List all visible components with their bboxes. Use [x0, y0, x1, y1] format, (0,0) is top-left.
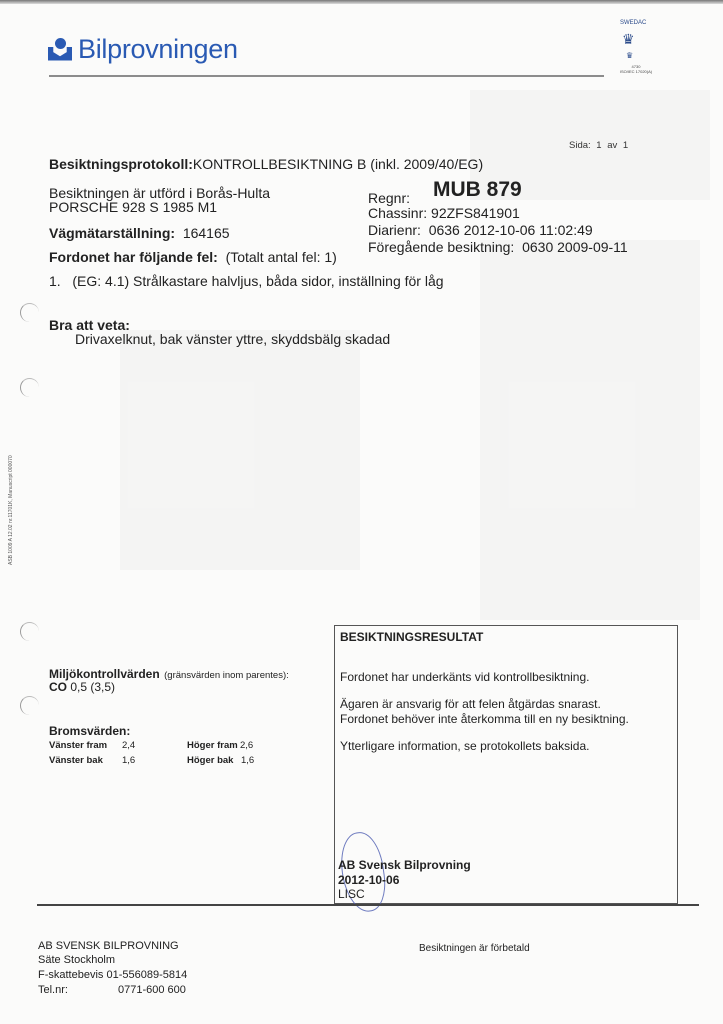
logo-text: Bilprovningen — [78, 34, 238, 65]
protocol-title: Besiktningsprotokoll:KONTROLLBESIKTNING … — [49, 156, 483, 172]
punch-hole — [20, 696, 39, 715]
odometer: Vägmätarställning: 164165 — [49, 226, 230, 241]
bleed-through — [120, 330, 360, 570]
bleed-through — [480, 240, 700, 620]
punch-hole — [20, 622, 39, 641]
punch-hole — [20, 303, 39, 322]
co-value: CO 0,5 (3,5) — [49, 680, 115, 694]
bilprovningen-logo-icon — [48, 38, 72, 62]
footer-company: AB SVENSK BILPROVNING — [38, 940, 179, 952]
footer-seat: Säte Stockholm — [38, 954, 115, 966]
regnr-label: Regnr: — [368, 190, 410, 206]
result-line: Fordonet har underkänts vid kontrollbesi… — [340, 670, 589, 684]
prepaid-note: Besiktningen är förbetald — [419, 943, 530, 954]
fault-item: 1. (EG: 4.1) Strålkastare halvljus, båda… — [49, 274, 444, 289]
swedac-accreditation-seal: SWEDAC ♛♛ 4730 ISO/IEC 17020(A) — [606, 18, 666, 80]
regnr-value: MUB 879 — [433, 178, 522, 202]
diary-number: Diarienr: 0636 2012-10-06 11:02:49 — [368, 223, 593, 238]
punch-hole — [20, 378, 39, 397]
footer-phone: Tel.nr:0771-600 600 — [38, 984, 186, 996]
scan-edge — [0, 0, 723, 4]
accreditation-number: 4730 ISO/IEC 17020(A) — [606, 64, 666, 74]
protocol-label: Besiktningsprotokoll: — [49, 156, 193, 172]
result-line: Fordonet behöver inte återkomma till en … — [340, 712, 629, 726]
footer-tax: F-skattebevis 01-556089-5814 — [38, 969, 187, 981]
footer-divider — [37, 904, 699, 906]
brakes-header: Bromsvärden: — [49, 724, 130, 738]
result-title: BESIKTNINGSRESULTAT — [340, 630, 483, 644]
bilprovningen-logo: Bilprovningen — [48, 34, 238, 65]
chassis-number: Chassinr: 92ZFS841901 — [368, 206, 520, 221]
three-crowns-icon: ♛♛ — [622, 32, 635, 63]
vehicle-model: PORSCHE 928 S 1985 M1 — [49, 200, 217, 215]
good-to-know-text: Drivaxelknut, bak vänster yttre, skyddsb… — [75, 332, 390, 347]
protocol-type: KONTROLLBESIKTNING B (inkl. 2009/40/EG) — [193, 156, 483, 172]
result-line: Ytterligare information, se protokollets… — [340, 739, 589, 753]
previous-inspection: Föregående besiktning: 0630 2009-09-11 — [368, 240, 628, 255]
faults-header: Fordonet har följande fel: (Totalt antal… — [49, 250, 337, 265]
result-line: Ägaren är ansvarig för att felen åtgärda… — [340, 697, 601, 711]
form-code: ASB 1009 A 12.02 nr.11701K, Manuscript 0… — [8, 455, 14, 565]
signature-company: AB Svensk Bilprovning — [338, 858, 471, 872]
page-indicator: Sida: 1 av 1 — [569, 140, 628, 151]
header-divider — [49, 75, 604, 77]
signature-date: 2012-10-06 — [338, 873, 399, 887]
signature-initials: LISC — [338, 887, 365, 901]
